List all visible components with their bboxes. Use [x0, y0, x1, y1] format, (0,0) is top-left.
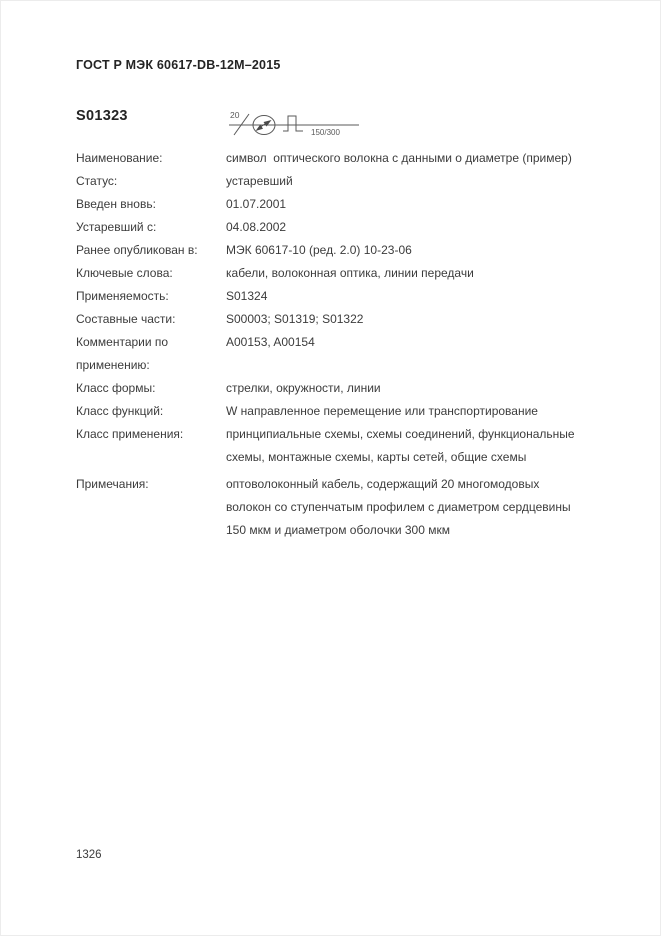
- table-row: Применяемость:S01324: [76, 285, 621, 308]
- row-value: W направленное перемещение или транспорт…: [226, 400, 621, 423]
- table-row: Ранее опубликован в:МЭК 60617-10 (ред. 2…: [76, 239, 621, 262]
- document-title: ГОСТ Р МЭК 60617-DB-12M–2015: [76, 58, 281, 72]
- document-page: ГОСТ Р МЭК 60617-DB-12M–2015 S01323 20 1…: [0, 0, 661, 936]
- row-value: стрелки, окружности, линии: [226, 377, 621, 400]
- row-label: Примечания:: [76, 473, 226, 542]
- row-value: S01324: [226, 285, 621, 308]
- fiber-count-label: 20: [230, 110, 240, 120]
- table-row: Комментарии по применению:A00153, A00154: [76, 331, 621, 377]
- row-label: Класс применения:: [76, 423, 226, 469]
- properties-table: Наименование:символ оптического волокна …: [76, 147, 621, 542]
- symbol-id: S01323: [76, 108, 128, 124]
- table-row: Введен вновь:01.07.2001: [76, 193, 621, 216]
- table-row: Устаревший с:04.08.2002: [76, 216, 621, 239]
- table-row: Ключевые слова:кабели, волоконная оптика…: [76, 262, 621, 285]
- row-value: кабели, волоконная оптика, линии передач…: [226, 262, 621, 285]
- symbol-header-row: S01323 20 150/300: [76, 104, 596, 148]
- row-value: МЭК 60617-10 (ред. 2.0) 10-23-06: [226, 239, 621, 262]
- row-value: 01.07.2001: [226, 193, 621, 216]
- row-label: Устаревший с:: [76, 216, 226, 239]
- row-value: символ оптического волокна с данными о д…: [226, 147, 621, 170]
- table-row: Примечания:оптоволоконный кабель, содерж…: [76, 473, 621, 542]
- diameter-label: 150/300: [311, 128, 340, 137]
- row-label: Комментарии по применению:: [76, 331, 226, 377]
- table-row: Класс применения:принципиальные схемы, с…: [76, 423, 621, 469]
- row-label: Статус:: [76, 170, 226, 193]
- row-label: Введен вновь:: [76, 193, 226, 216]
- table-row: Составные части:S00003; S01319; S01322: [76, 308, 621, 331]
- row-label: Ранее опубликован в:: [76, 239, 226, 262]
- table-row: Класс функций:W направленное перемещение…: [76, 400, 621, 423]
- row-label: Класс формы:: [76, 377, 226, 400]
- row-value: 04.08.2002: [226, 216, 621, 239]
- table-row: Класс формы:стрелки, окружности, линии: [76, 377, 621, 400]
- row-value: S00003; S01319; S01322: [226, 308, 621, 331]
- row-label: Составные части:: [76, 308, 226, 331]
- page-number: 1326: [76, 849, 102, 861]
- row-value: A00153, A00154: [226, 331, 621, 377]
- row-value: принципиальные схемы, схемы соединений, …: [226, 423, 621, 469]
- row-value: устаревший: [226, 170, 621, 193]
- row-label: Наименование:: [76, 147, 226, 170]
- row-label: Класс функций:: [76, 400, 226, 423]
- table-row: Статус:устаревший: [76, 170, 621, 193]
- table-row: Наименование:символ оптического волокна …: [76, 147, 621, 170]
- row-label: Применяемость:: [76, 285, 226, 308]
- optical-fiber-symbol-icon: 20 150/300: [226, 104, 366, 148]
- row-label: Ключевые слова:: [76, 262, 226, 285]
- row-value: оптоволоконный кабель, содержащий 20 мно…: [226, 473, 621, 542]
